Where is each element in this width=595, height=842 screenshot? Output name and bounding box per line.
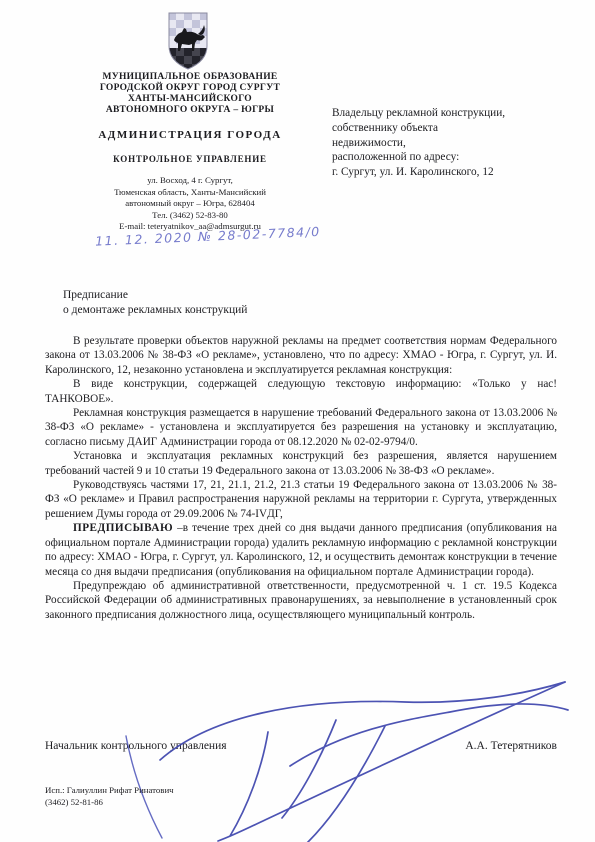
phone-line: Тел. (3462) 52-83-80 [40, 210, 340, 222]
sender-address: ул. Восход, 4 г. Сургут, Тюменская облас… [40, 175, 340, 233]
administration-title: АДМИНИСТРАЦИЯ ГОРОДА [40, 130, 340, 141]
paragraph: В результате проверки объектов наружной … [45, 334, 557, 377]
executor-phone: (3462) 52-81-86 [45, 797, 345, 809]
document-page: МУНИЦИПАЛЬНОЕ ОБРАЗОВАНИЕ ГОРОДСКОЙ ОКРУ… [0, 0, 595, 842]
executor-block: Исп.: Галиуллин Рифат Ринатович (3462) 5… [45, 785, 345, 808]
paragraph: В виде конструкции, содержащей следующую… [45, 377, 557, 406]
prescribe-keyword: ПРЕДПИСЫВАЮ [73, 522, 173, 534]
signer-position: Начальник контрольного управления [45, 740, 227, 752]
signer-name: А.А. Тетерятников [465, 740, 557, 752]
recipient-line: расположенной по адресу: [332, 150, 577, 165]
paragraph: Установка и эксплуатация рекламных конст… [45, 449, 557, 478]
paragraph: Рекламная конструкция размещается в нару… [45, 406, 557, 449]
address-line: автономный округ – Югра, 628404 [40, 198, 340, 210]
signature-ink-icon [140, 668, 585, 842]
recipient-line: собственнику объекта [332, 121, 577, 136]
org-name-line: ХАНТЫ-МАНСИЙСКОГО [40, 94, 340, 105]
recipient-line: недвижимости, [332, 136, 577, 151]
address-line: Тюменская область, Ханты-Мансийский [40, 187, 340, 199]
title-line-2: о демонтаже рекламных конструкций [63, 303, 483, 318]
signature-row: Начальник контрольного управления А.А. Т… [45, 740, 557, 752]
recipient-line: г. Сургут, ул. И. Каролинского, 12 [332, 165, 577, 180]
executor-name: Исп.: Галиуллин Рифат Ринатович [45, 785, 345, 797]
department-title: КОНТРОЛЬНОЕ УПРАВЛЕНИЕ [40, 154, 340, 165]
paragraph: Руководствуясь частями 17, 21, 21.1, 21.… [45, 478, 557, 521]
recipient-block: Владельцу рекламной конструкции, собстве… [332, 106, 577, 180]
surgut-coat-of-arms-icon [148, 12, 228, 70]
paragraph-prescribe: ПРЕДПИСЫВАЮ –в течение трех дней со дня … [45, 521, 557, 579]
recipient-line: Владельцу рекламной конструкции, [332, 106, 577, 121]
document-title: Предписание о демонтаже рекламных констр… [63, 288, 483, 318]
org-name-line: ГОРОДСКОЙ ОКРУГ ГОРОД СУРГУТ [40, 83, 340, 94]
address-line: ул. Восход, 4 г. Сургут, [40, 175, 340, 187]
org-name-line: МУНИЦИПАЛЬНОЕ ОБРАЗОВАНИЕ [40, 72, 340, 83]
paragraph: Предупреждаю об административной ответст… [45, 579, 557, 622]
title-line-1: Предписание [63, 288, 483, 303]
document-body: В результате проверки объектов наружной … [45, 334, 557, 622]
org-name-line: АВТОНОМНОГО ОКРУГА – ЮГРЫ [40, 105, 340, 116]
sender-block: МУНИЦИПАЛЬНОЕ ОБРАЗОВАНИЕ ГОРОДСКОЙ ОКРУ… [40, 72, 340, 233]
